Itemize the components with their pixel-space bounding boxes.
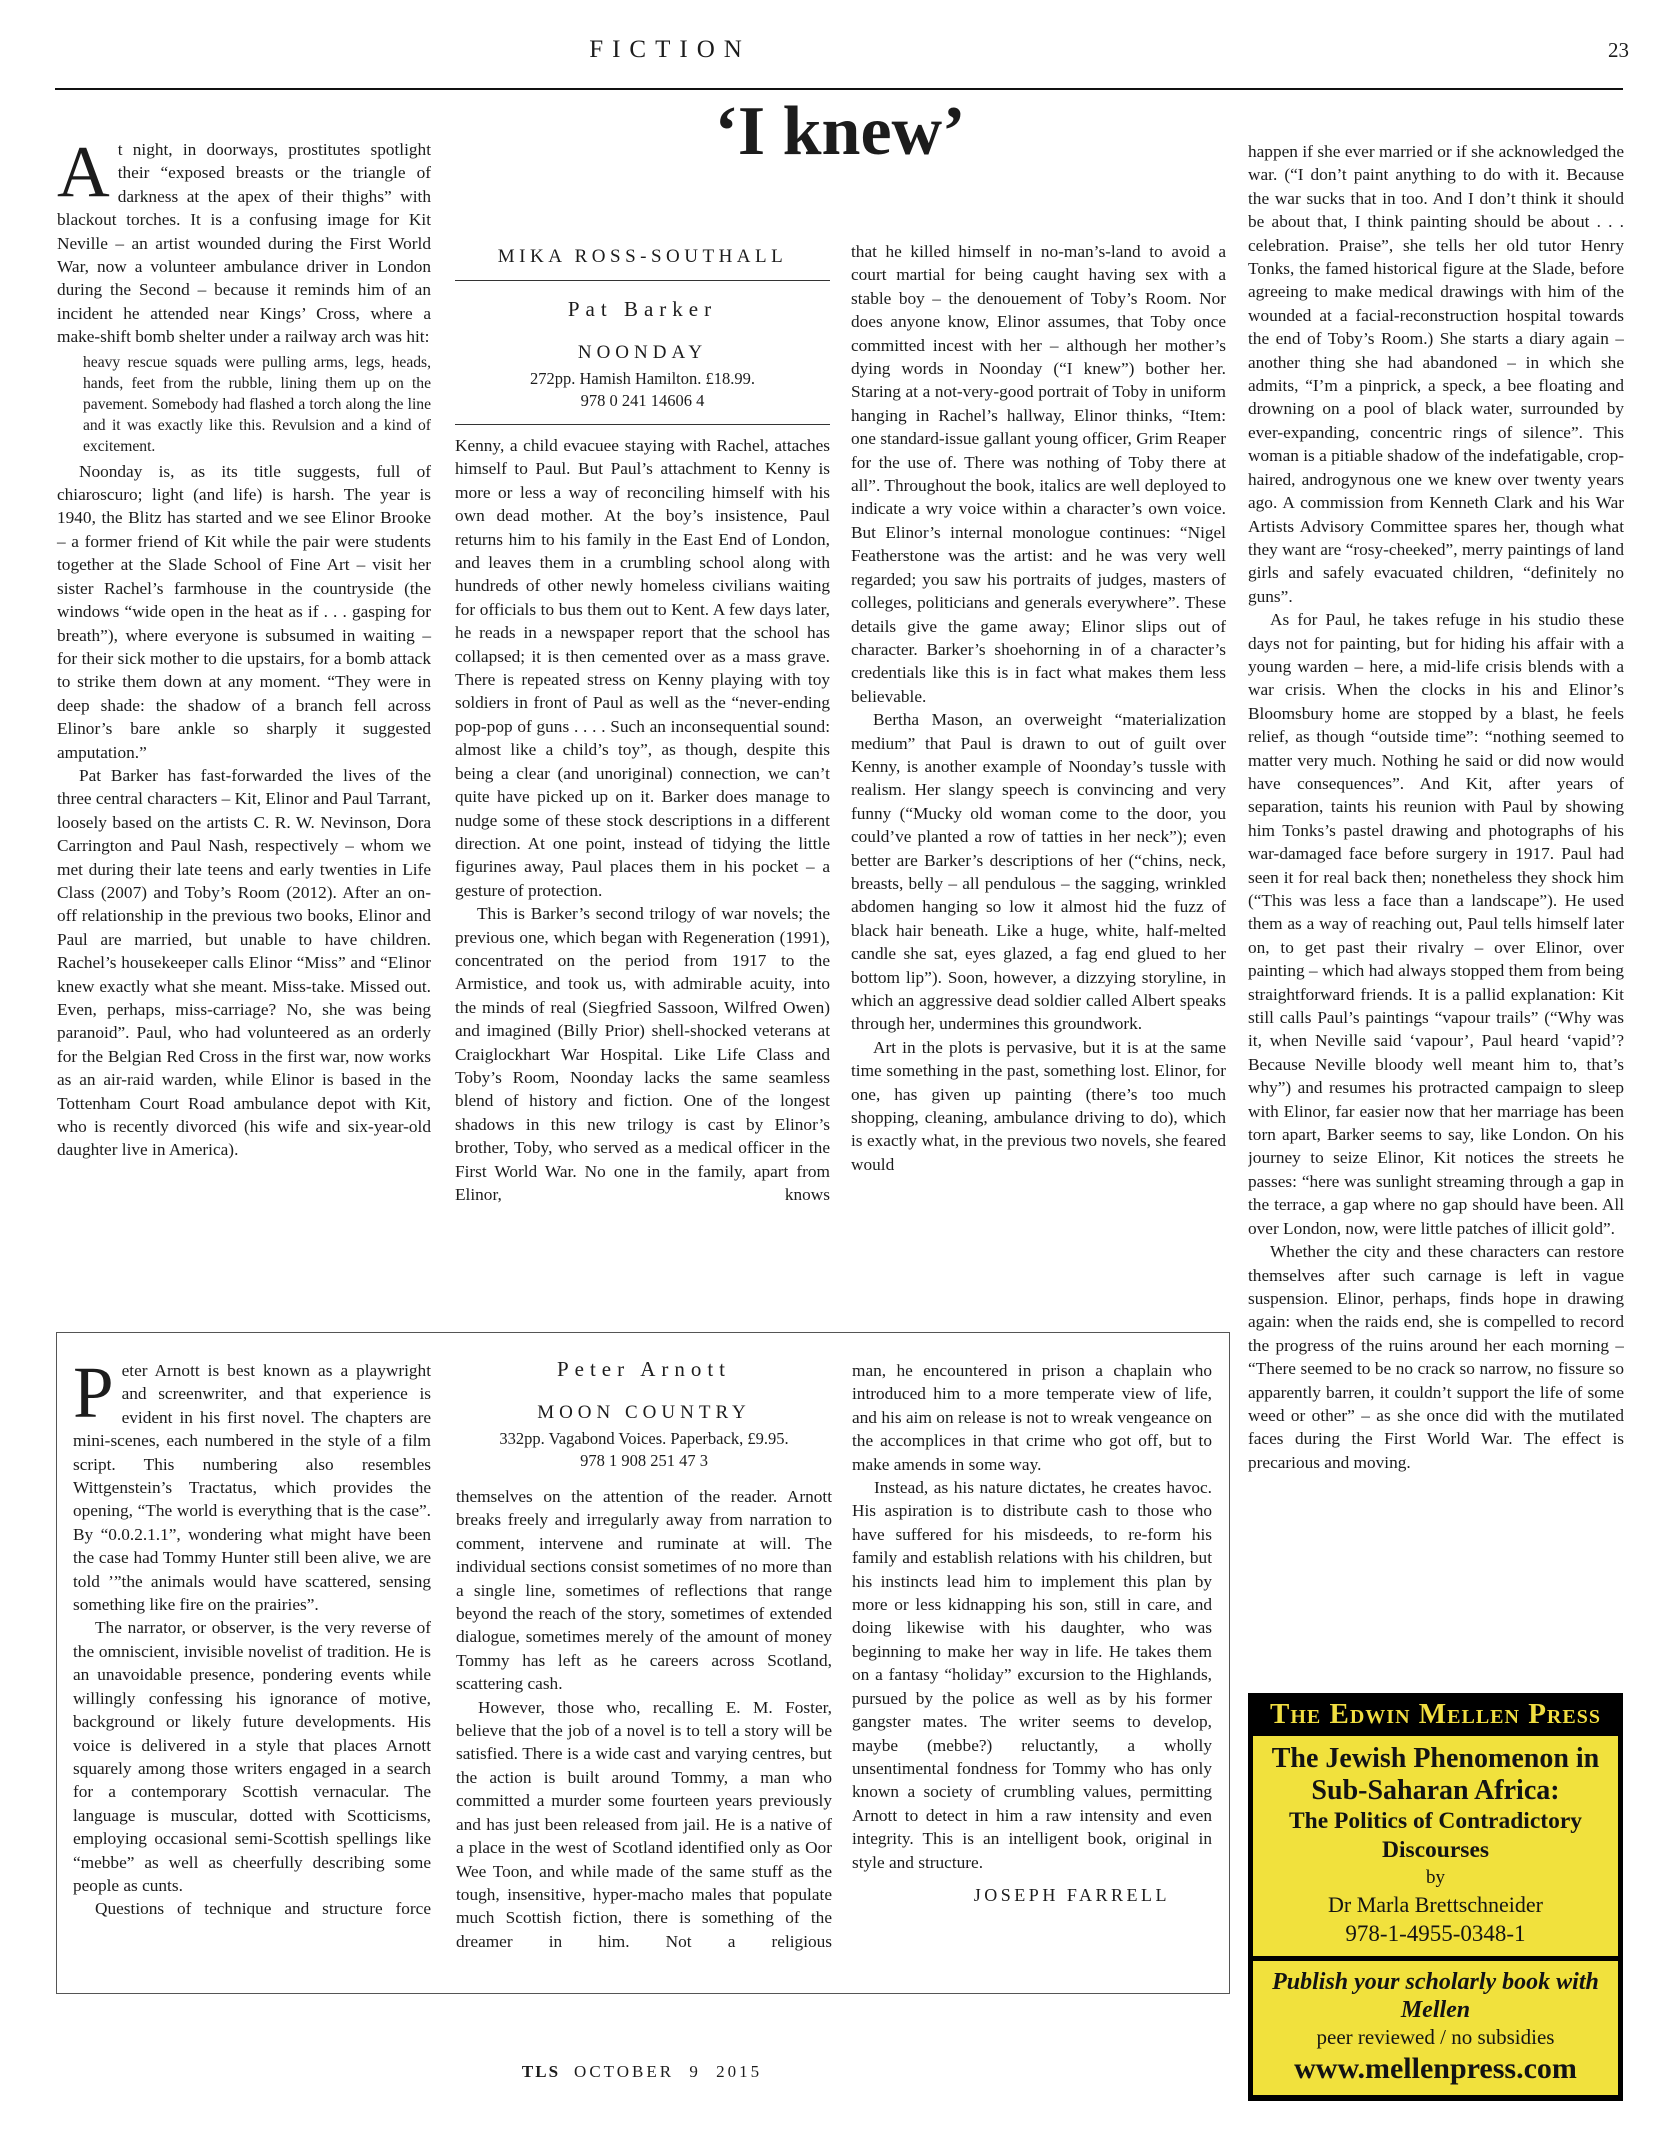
article1-paragraph: happen if she ever married or if she ack… (1248, 140, 1624, 608)
advert-tagline: Publish your scholarly book with Mellen (1257, 1968, 1614, 2024)
article1-blockquote: heavy rescue squads were pulling arms, l… (83, 352, 431, 457)
article1-paragraph: At night, in doorways, prostitutes spotl… (57, 138, 431, 349)
article2-paragraph: man, he encountered in prison a chaplain… (852, 1359, 1212, 1476)
advert-book-subtitle: The Politics of Contradictory Discourses (1257, 1807, 1614, 1865)
article2-paragraph: However, those who, recalling E. M. Fost… (456, 1696, 832, 1953)
advert-website: www.mellenpress.com (1257, 2052, 1614, 2086)
article2-paragraph: Questions of technique and structure for… (73, 1897, 431, 1920)
advert-edwin-mellen-press: The Edwin Mellen Press The Jewish Phenom… (1248, 1693, 1623, 2101)
header-rule (55, 88, 1623, 90)
article2-column-1: Peter Arnott is best known as a playwrig… (73, 1359, 431, 1921)
article2-column-2: themselves on the attention of the reade… (456, 1485, 832, 1953)
book-isbn: 978 1 908 251 47 3 (456, 1451, 832, 1471)
reviewer-byline: MIKA ROSS-SOUTHALL (455, 246, 830, 281)
article2-book-header: Peter Arnott MOON COUNTRY 332pp. Vagabon… (456, 1357, 832, 1471)
section-title: FICTION (0, 36, 1340, 64)
book-author: Peter Arnott (456, 1357, 832, 1382)
advert-isbn: 978-1-4955-0348-1 (1257, 1921, 1614, 1947)
article1-paragraph: Kenny, a child evacuee staying with Rach… (455, 434, 830, 902)
reviewer-signature: JOSEPH FARRELL (852, 1884, 1212, 1907)
article1-paragraph: Noonday is, as its title suggests, full … (57, 460, 431, 764)
article1-column-1: At night, in doorways, prostitutes spotl… (57, 138, 431, 1162)
article1-column-3: that he killed himself in no-man’s-land … (851, 240, 1226, 1176)
advert-book-title: The Jewish Phenomenon in (1257, 1743, 1614, 1775)
article1-paragraph: Whether the city and these characters ca… (1248, 1240, 1624, 1474)
article1-paragraph: that he killed himself in no-man’s-land … (851, 240, 1226, 708)
advert-book-title: Sub-Saharan Africa: (1257, 1775, 1614, 1807)
page-footer: TLSOCTOBER 9 2015 (56, 2062, 1228, 2082)
article2-paragraph: Peter Arnott is best known as a playwrig… (73, 1359, 431, 1616)
advert-by-label: by (1257, 1867, 1614, 1888)
article2-paragraph: Instead, as his nature dictates, he crea… (852, 1476, 1212, 1874)
book-author: Pat Barker (455, 297, 830, 322)
article2-column-3: man, he encountered in prison a chaplain… (852, 1359, 1212, 1907)
book-details: 332pp. Vagabond Voices. Paperback, £9.95… (456, 1429, 832, 1449)
article1-paragraph: This is Barker’s second trilogy of war n… (455, 902, 830, 1206)
article1-paragraph: Pat Barker has fast-forwarded the lives … (57, 764, 431, 1162)
book-details: 272pp. Hamish Hamilton. £18.99. (455, 369, 830, 389)
article1-paragraph: As for Paul, he takes refuge in his stud… (1248, 608, 1624, 1240)
book-isbn: 978 0 241 14606 4 (455, 391, 830, 425)
article1-column-2: Kenny, a child evacuee staying with Rach… (455, 434, 830, 1206)
advert-author: Dr Marla Brettschneider (1257, 1892, 1614, 1917)
advert-book-panel: The Jewish Phenomenon in Sub-Saharan Afr… (1253, 1736, 1618, 1956)
book-title: NOONDAY (455, 342, 830, 364)
article1-paragraph: Art in the plots is pervasive, but it is… (851, 1036, 1226, 1176)
page-number: 23 (1608, 38, 1629, 63)
article1-paragraph: Bertha Mason, an overweight “materializa… (851, 708, 1226, 1036)
article1-book-header: MIKA ROSS-SOUTHALL Pat Barker NOONDAY 27… (455, 246, 830, 425)
footer-brand: TLS (522, 2062, 560, 2081)
footer-date: OCTOBER 9 2015 (574, 2062, 762, 2081)
book-title: MOON COUNTRY (456, 1402, 832, 1424)
article1-headline: ‘I knew’ (455, 92, 1225, 172)
article2-box: Peter Arnott is best known as a playwrig… (56, 1332, 1230, 1994)
article2-paragraph: themselves on the attention of the reade… (456, 1485, 832, 1696)
advert-promo-panel: Publish your scholarly book with Mellen … (1253, 1961, 1618, 2095)
article1-column-4: happen if she ever married or if she ack… (1248, 140, 1624, 1688)
advert-note: peer reviewed / no subsidies (1257, 2025, 1614, 2049)
advert-publisher-name: The Edwin Mellen Press (1248, 1693, 1623, 1736)
article2-paragraph: The narrator, or observer, is the very r… (73, 1616, 431, 1897)
